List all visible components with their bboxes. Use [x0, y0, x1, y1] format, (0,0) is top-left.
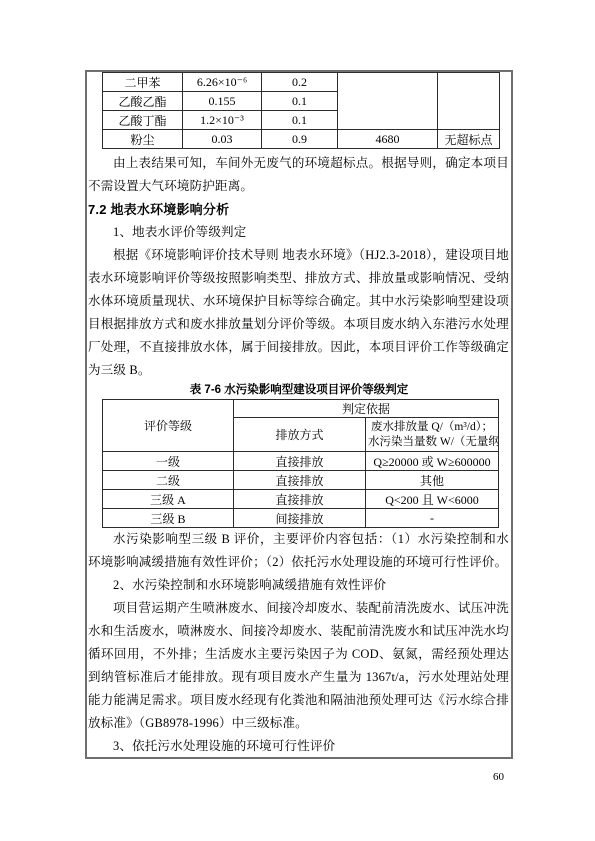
pollutant-cell: 二甲苯 [103, 73, 183, 92]
criteria-cell: Q≥20000 或 W≥600000 [366, 452, 499, 471]
table-row: 三级 B 间接排放 - [103, 509, 499, 528]
content-frame: 二甲苯 6.26×10⁻⁶ 0.2 乙酸乙酯 0.155 0.1 乙酸丁酯 1.… [85, 70, 513, 759]
table-row: 二级 直接排放 其他 [103, 471, 499, 490]
grade-cell: 三级 B [103, 509, 234, 528]
section-heading-7-2: 7.2 地表水环境影响分析 [87, 198, 511, 221]
header-basis-cell: 判定依据 [234, 400, 499, 418]
table-row: 一级 直接排放 Q≥20000 或 W≥600000 [103, 452, 499, 471]
header-grade-cell: 评价等级 [103, 400, 234, 452]
value-cell: 1.2×10⁻³ [183, 111, 262, 130]
value-cell: 0.2 [262, 73, 338, 92]
value-cell: 0.155 [183, 92, 262, 111]
mode-cell: 直接排放 [234, 452, 366, 471]
value-cell: 无超标点 [438, 130, 500, 149]
page-number: 60 [493, 771, 504, 783]
paragraph-grade-basis: 根据《环境影响评价技术导则 地表水环境》（HJ2.3-2018），建设项目地表水… [87, 244, 511, 382]
header-quantity-line2: 水污染当量数 W/（无量纲） [368, 435, 496, 450]
body-text: 由上表结果可知，车间外无废气的环境超标点。根据导则，确定本项目不需设置大气环境防… [87, 152, 511, 759]
header-discharge-mode-cell: 排放方式 [234, 418, 366, 452]
list-item-3: 3、依托污水处理设施的环境可行性评价 [87, 735, 511, 758]
list-item-1: 1、地表水评价等级判定 [87, 221, 511, 244]
mode-cell: 直接排放 [234, 471, 366, 490]
paragraph-grade-b-content: 水污染影响型三级 B 评价，主要评价内容包括：（1）水污染控制和水环境影响减缓措… [87, 528, 511, 574]
value-cell: 4680 [338, 130, 438, 149]
grade-cell: 二级 [103, 471, 234, 490]
table-row: 三级 A 直接排放 Q<200 且 W<6000 [103, 490, 499, 509]
mode-cell: 间接排放 [234, 509, 366, 528]
paragraph-wastewater: 项目营运期产生喷淋废水、间接冷却废水、装配前清洗废水、试压冲洗水和生活废水，喷淋… [87, 597, 511, 735]
paragraph-air-conclusion: 由上表结果可知，车间外无废气的环境超标点。根据导则，确定本项目不需设置大气环境防… [87, 152, 511, 198]
header-quantity-cell: 废水排放量 Q/（m³/d）； 水污染当量数 W/（无量纲） [366, 418, 499, 452]
criteria-cell: 其他 [366, 471, 499, 490]
merged-empty-cell [338, 73, 438, 130]
criteria-cell: - [366, 509, 499, 528]
water-grade-table: 评价等级 判定依据 排放方式 废水排放量 Q/（m³/d）； 水污染当量数 W/… [102, 399, 499, 528]
paragraph-wwtp: 东港污水处理厂可满足《城镇污水处理厂污染物排放标准》（GB18918-2002） [87, 758, 511, 759]
mode-cell: 直接排放 [234, 490, 366, 509]
pollutant-cell: 乙酸丁酯 [103, 111, 183, 130]
table-header-row: 评价等级 判定依据 [103, 400, 499, 418]
pollutant-cell: 粉尘 [103, 130, 183, 149]
criteria-cell: Q<200 且 W<6000 [366, 490, 499, 509]
list-item-2: 2、水污染控制和水环境影响减缓措施有效性评价 [87, 574, 511, 597]
value-cell: 6.26×10⁻⁶ [183, 73, 262, 92]
merged-empty-cell [438, 73, 500, 130]
grade-cell: 一级 [103, 452, 234, 471]
table-7-6-caption: 表 7-6 水污染影响型建设项目评价等级判定 [87, 382, 511, 399]
header-quantity-line1: 废水排放量 Q/（m³/d）； [368, 420, 496, 435]
table-row: 二甲苯 6.26×10⁻⁶ 0.2 [103, 73, 500, 92]
pollutant-cell: 乙酸乙酯 [103, 92, 183, 111]
document-page: 二甲苯 6.26×10⁻⁶ 0.2 乙酸乙酯 0.155 0.1 乙酸丁酯 1.… [0, 0, 595, 841]
value-cell: 0.1 [262, 92, 338, 111]
value-cell: 0.03 [183, 130, 262, 149]
grade-cell: 三级 A [103, 490, 234, 509]
value-cell: 0.1 [262, 111, 338, 130]
air-impact-table: 二甲苯 6.26×10⁻⁶ 0.2 乙酸乙酯 0.155 0.1 乙酸丁酯 1.… [102, 72, 500, 149]
table-row: 粉尘 0.03 0.9 4680 无超标点 [103, 130, 500, 149]
value-cell: 0.9 [262, 130, 338, 149]
